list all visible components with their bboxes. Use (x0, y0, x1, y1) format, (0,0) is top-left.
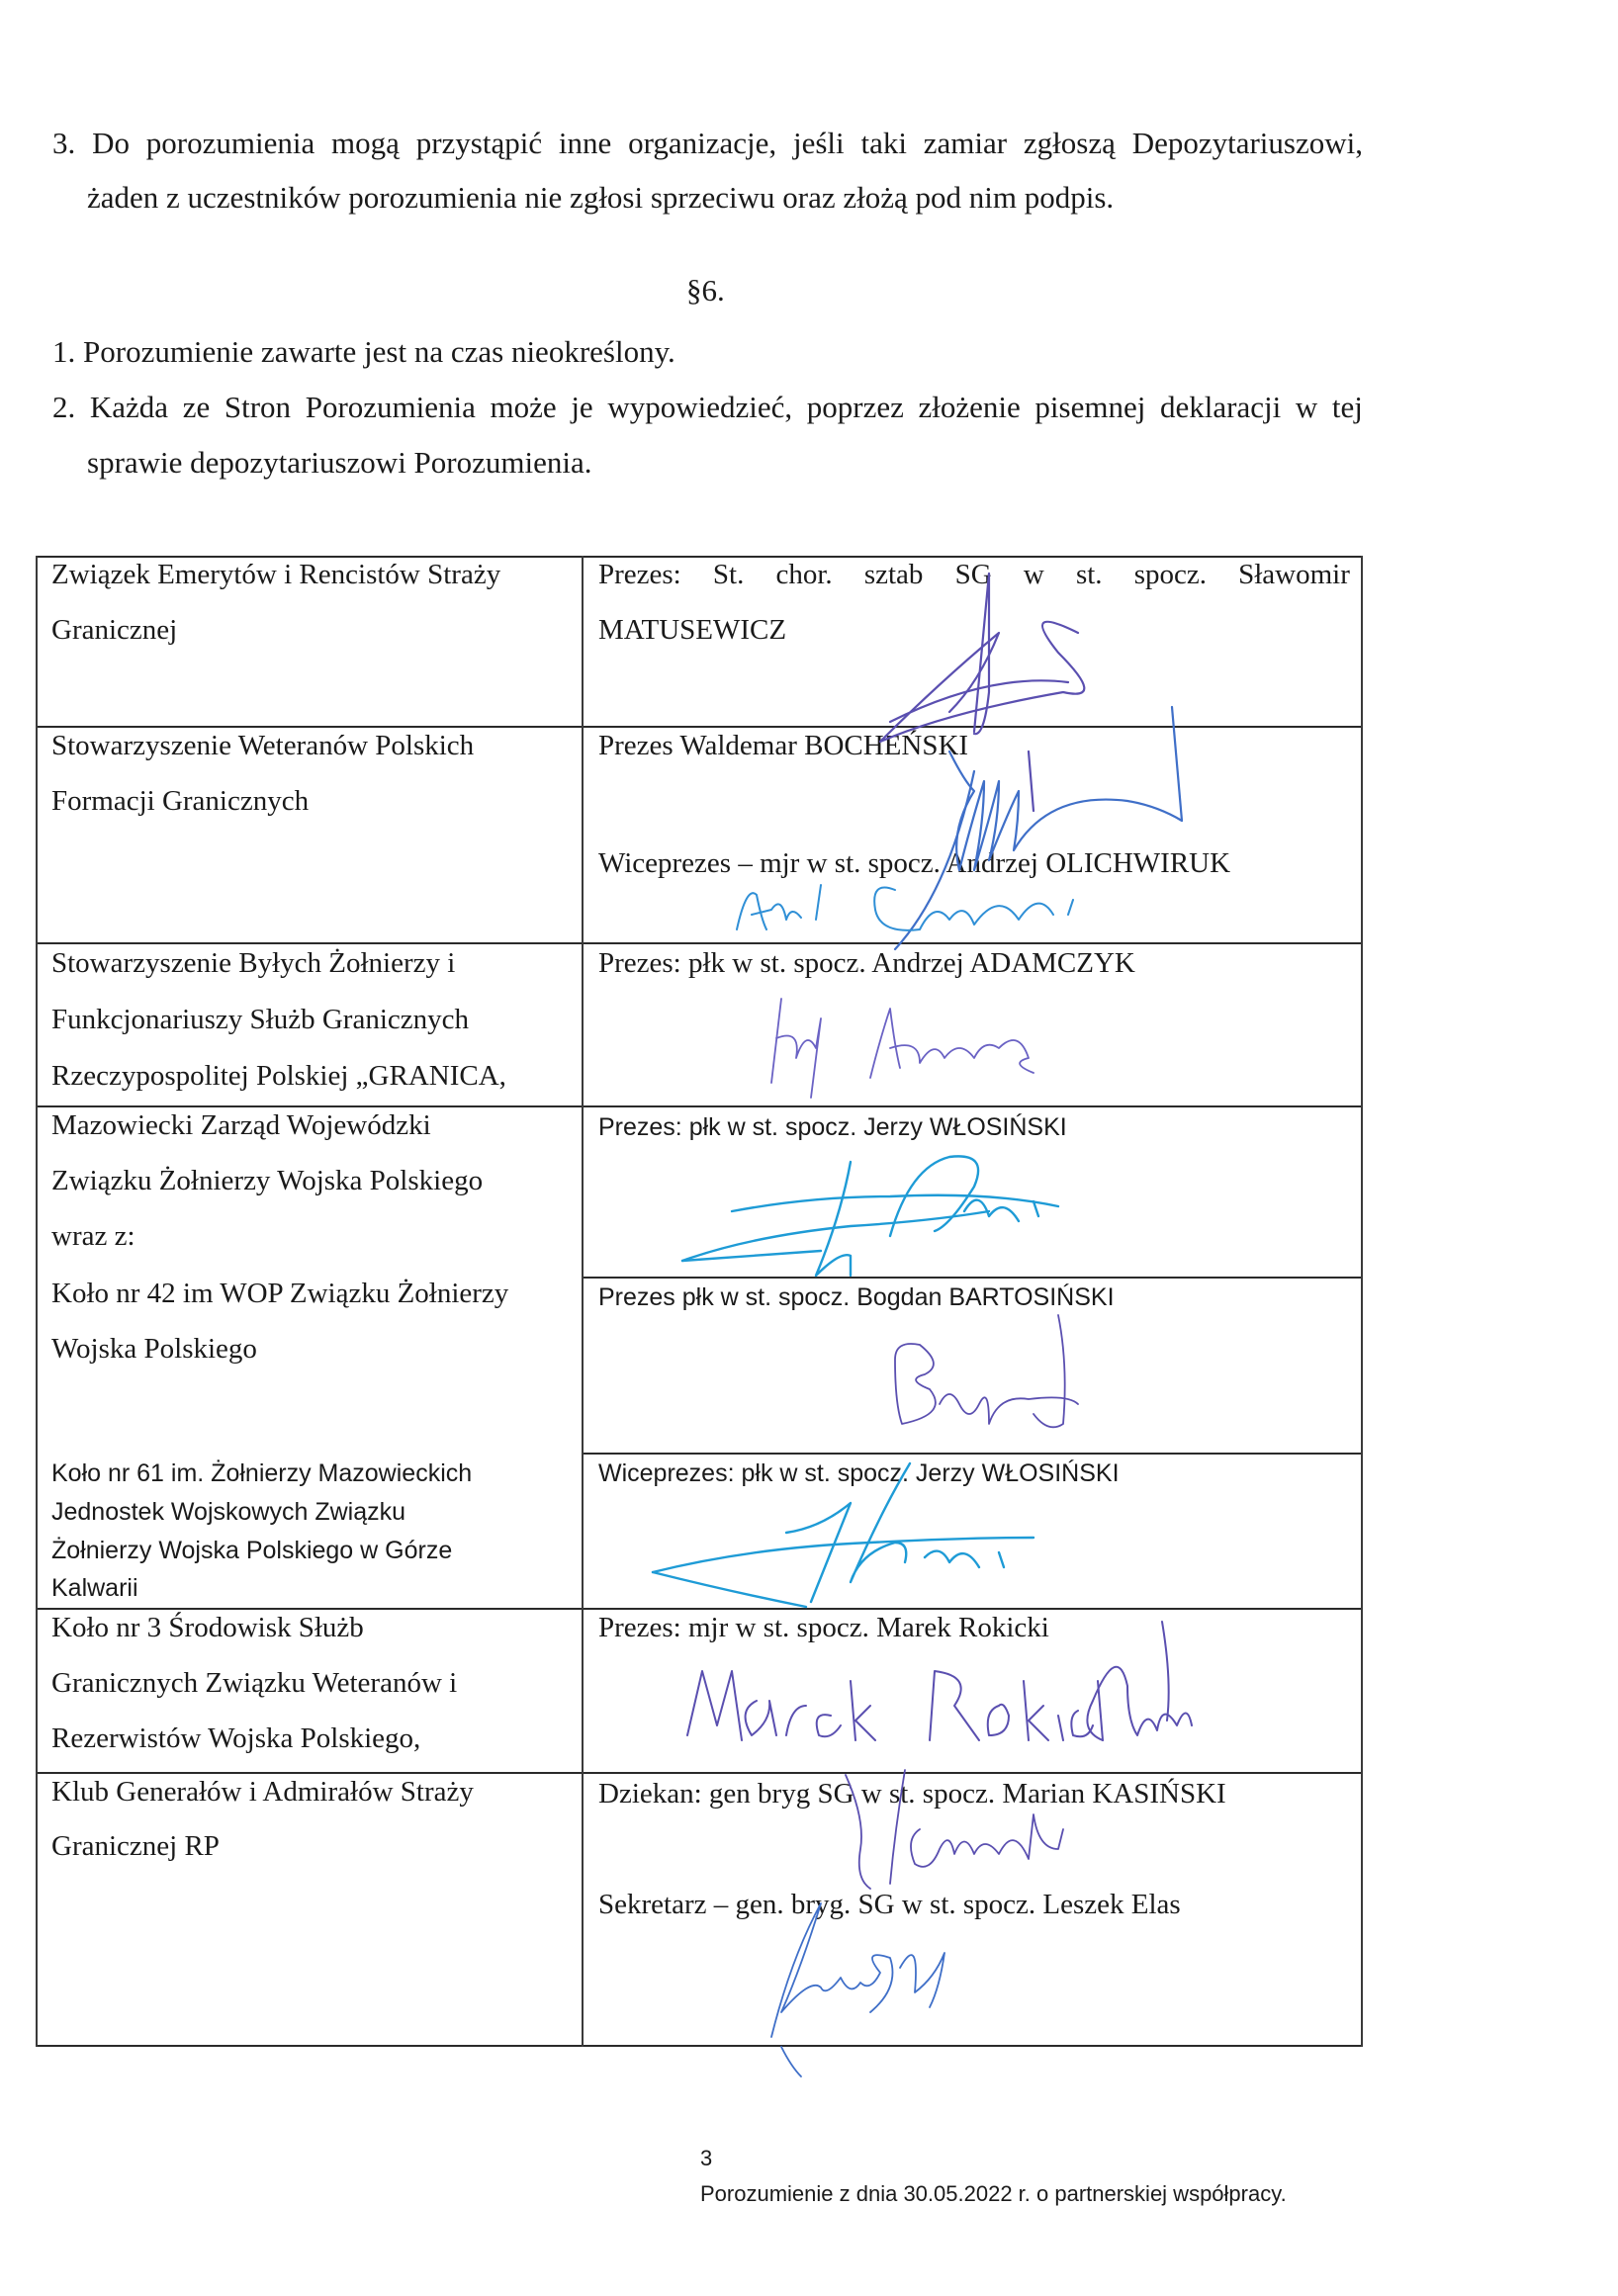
org-name-line: wraz z: (51, 1222, 135, 1251)
word: je (571, 392, 592, 422)
row-divider (36, 1772, 1362, 1774)
word: 2. (52, 392, 75, 422)
signatory-line: Sekretarz – gen. bryg. SG w st. spocz. L… (598, 1891, 1181, 1919)
word: inne (559, 128, 611, 158)
signatory-line: MATUSEWICZ (598, 616, 786, 645)
signatory-line: Prezes: płk w st. spocz. Jerzy WŁOSIŃSKI (598, 1115, 1067, 1140)
org-name-line: Wojska Polskiego (51, 1335, 257, 1364)
signatory-line: Prezes płk w st. spocz. Bogdan BARTOSIŃS… (598, 1285, 1115, 1310)
word: jeśli (793, 128, 845, 158)
word: Do (92, 128, 130, 158)
org-name-line: Stowarzyszenie Byłych Żołnierzy i (51, 949, 455, 978)
org-name-line: Granicznych Związku Weteranów i (51, 1669, 457, 1698)
signature-wlosinski (682, 1156, 1058, 1276)
right-col-divider (582, 1453, 1362, 1455)
word: spocz. (1134, 561, 1207, 589)
row-divider (36, 1105, 1362, 1107)
org-name-line: Związku Żołnierzy Wojska Polskiego (51, 1167, 483, 1195)
org-name-line: Rzeczypospolitej Polskiej „GRANICA, (51, 1062, 506, 1091)
word: 3. (52, 128, 75, 158)
org-name-line: Koło nr 42 im WOP Związku Żołnierzy (51, 1280, 508, 1308)
table-border-top (36, 556, 1362, 558)
word: poprzez (807, 392, 904, 422)
org-name-line: Kalwarii (51, 1576, 138, 1601)
word: złożenie (919, 392, 1021, 422)
table-border-bottom (36, 2045, 1362, 2047)
org-name-line: Koło nr 61 im. Żołnierzy Mazowieckich (51, 1461, 472, 1486)
word: SG (955, 561, 992, 589)
word: Każda (90, 392, 168, 422)
word: ze (183, 392, 211, 422)
word: Sławomir (1238, 561, 1350, 589)
signatory-line: Wiceprezes: płk w st. spocz. Jerzy WŁOSI… (598, 1461, 1120, 1486)
row-divider (36, 942, 1362, 944)
signature-bartosinski (895, 1315, 1078, 1427)
signatory-line: Prezes Waldemar BOCHEŃSKI (598, 732, 968, 760)
word: zgłoszą (1024, 128, 1116, 158)
org-name-line: Mazowiecki Zarząd Wojewódzki (51, 1111, 431, 1140)
column-divider (582, 556, 584, 2047)
org-name-line: Formacji Granicznych (51, 787, 309, 816)
section-heading: §6. (686, 275, 725, 306)
signature-elas (771, 1903, 944, 2076)
word: może (491, 392, 557, 422)
item3-line1: 3. Do porozumienia mogą przystąpić inne … (52, 128, 1363, 158)
org-name-line: Granicznej RP (51, 1832, 220, 1861)
word: st. (1076, 561, 1103, 589)
row-divider (36, 726, 1362, 728)
word: St. (713, 561, 744, 589)
signatory-line: Prezes: płk w st. spocz. Andrzej ADAMCZY… (598, 949, 1135, 978)
signatory-line: Wiceprezes – mjr w st. spocz. Andrzej OL… (598, 849, 1230, 878)
s6-item2-line1: 2. Każda ze Stron Porozumienia może je w… (52, 392, 1363, 422)
word: Porozumienia (306, 392, 476, 422)
table-border-left (36, 556, 38, 2047)
signatory-line: Prezes: mjr w st. spocz. Marek Rokicki (598, 1614, 1049, 1642)
word: Stron (225, 392, 291, 422)
page-number: 3 (700, 2148, 712, 2169)
word: chor. (776, 561, 833, 589)
signature-olichwiruk (737, 885, 1073, 930)
word: organizacje, (628, 128, 776, 158)
word: przystąpić (416, 128, 542, 158)
word: Prezes: (598, 561, 681, 589)
org-name-line: Klub Generałów i Admirałów Straży (51, 1778, 474, 1807)
word: zamiar (924, 128, 1007, 158)
s6-item1: 1. Porozumienie zawarte jest na czas nie… (52, 336, 675, 367)
word: w (1296, 392, 1317, 422)
right-col-divider (582, 1277, 1362, 1279)
org-name-line: Koło nr 3 Środowisk Służb (51, 1614, 364, 1642)
word: deklaracji (1160, 392, 1281, 422)
org-name-line: Związek Emerytów i Rencistów Straży (51, 561, 500, 589)
word: wypowiedzieć, (607, 392, 792, 422)
org-name-line: Granicznej (51, 616, 177, 645)
org-name-line: Funkcjonariuszy Służb Granicznych (51, 1006, 469, 1034)
signatory-line: Dziekan: gen bryg SG w st. spocz. Marian… (598, 1780, 1226, 1809)
word: w (1024, 561, 1044, 589)
org-name-line: Stowarzyszenie Weteranów Polskich (51, 732, 474, 760)
word: tej (1332, 392, 1363, 422)
signature-adamczyk (771, 999, 1034, 1098)
word: Depozytariuszowi, (1132, 128, 1363, 158)
s6-item2-line2: sprawie depozytariuszowi Porozumienia. (87, 447, 592, 478)
signatory-line: Prezes: St. chor. sztab SG w st. spocz. … (598, 561, 1350, 589)
org-name-line: Rezerwistów Wojska Polskiego, (51, 1724, 420, 1753)
word: taki (860, 128, 907, 158)
footer-caption: Porozumienie z dnia 30.05.2022 r. o part… (700, 2183, 1287, 2205)
item3-line2: żaden z uczestników porozumienia nie zgł… (87, 182, 1114, 213)
org-name-line: Jednostek Wojskowych Związku (51, 1500, 405, 1525)
signature-matusewicz (880, 574, 1084, 811)
word: pisemnej (1034, 392, 1145, 422)
row-divider (36, 1608, 1362, 1610)
word: sztab (864, 561, 924, 589)
org-name-line: Żołnierzy Wojska Polskiego w Górze (51, 1539, 452, 1563)
word: mogą (331, 128, 400, 158)
word: porozumienia (146, 128, 315, 158)
table-border-right (1361, 556, 1363, 2047)
